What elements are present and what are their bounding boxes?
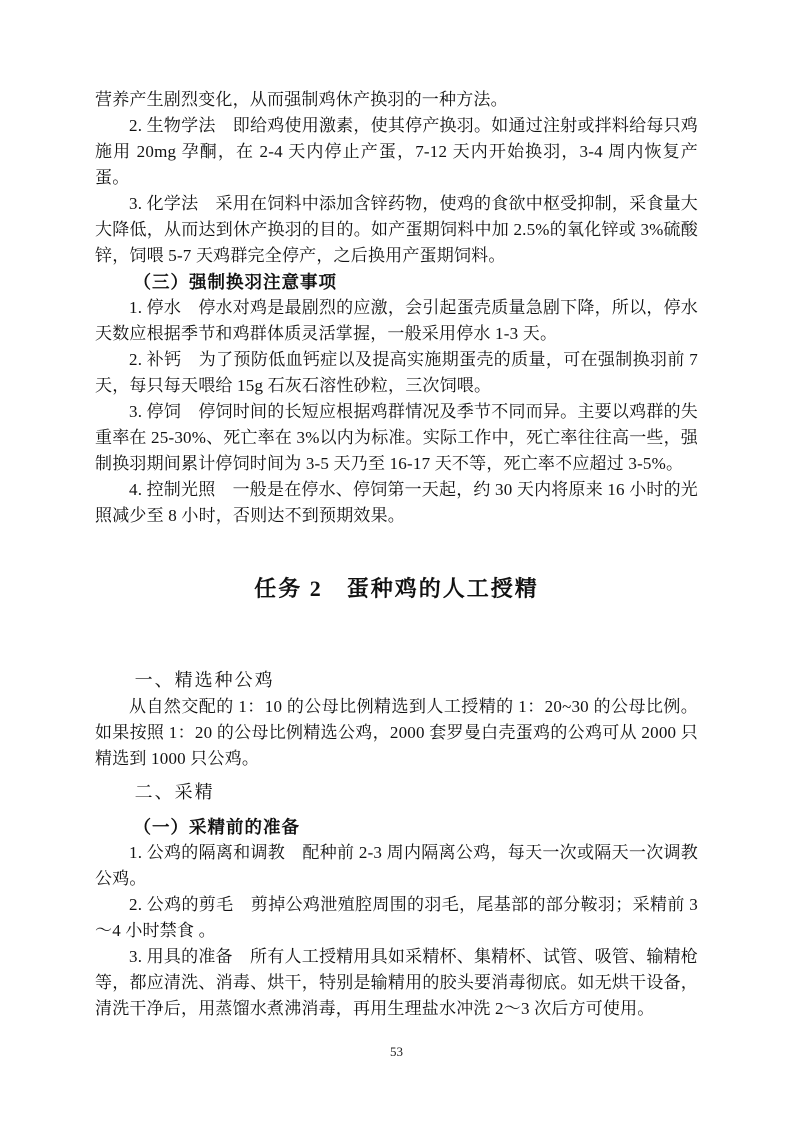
paragraph-note-light: 4. 控制光照 一般是在停水、停饲第一天起，约 30 天内将原来 16 小时的光… <box>95 477 698 529</box>
page-number: 53 <box>0 1045 793 1059</box>
paragraph-prep-trimming: 2. 公鸡的剪毛 剪掉公鸡泄殖腔周围的羽毛，尾基部的部分鞍羽；采精前 3～4 小… <box>95 892 698 944</box>
paragraph-molting-continuation: 营养产生剧烈变化，从而强制鸡休产换羽的一种方法。 <box>95 87 698 113</box>
paragraph-method-chemistry: 3. 化学法 采用在饲料中添加含锌药物，使鸡的食欲中枢受抑制，采食量大大降低，从… <box>95 191 698 269</box>
heading-semen-collection: 二、采精 <box>95 778 698 806</box>
paragraph-select-rooster: 从自然交配的 1：10 的公母比例精选到人工授精的 1：20~30 的公母比例。… <box>95 694 698 772</box>
heading-collection-prep: （一）采精前的准备 <box>95 814 698 840</box>
paragraph-prep-tools: 3. 用具的准备 所有人工授精用具如采精杯、集精杯、试管、吸管、输精枪等，都应清… <box>95 944 698 1022</box>
page-content: 营养产生剧烈变化，从而强制鸡休产换羽的一种方法。 2. 生物学法 即给鸡使用激素… <box>0 0 793 1022</box>
paragraph-prep-isolation: 1. 公鸡的隔离和调教 配种前 2-3 周内隔离公鸡，每天一次或隔天一次调教公鸡… <box>95 840 698 892</box>
heading-select-rooster: 一、精选种公鸡 <box>95 666 698 694</box>
task2-title: 任务 2 蛋种鸡的人工授精 <box>95 574 698 604</box>
document-page: 营养产生剧烈变化，从而强制鸡休产换羽的一种方法。 2. 生物学法 即给鸡使用激素… <box>0 0 793 1122</box>
paragraph-note-calcium: 2. 补钙 为了预防低血钙症以及提高实施期蛋壳的质量，可在强制换羽前 7 天，每… <box>95 347 698 399</box>
paragraph-note-water: 1. 停水 停水对鸡是最剧烈的应激，会引起蛋壳质量急剧下降，所以，停水天数应根据… <box>95 295 698 347</box>
heading-molting-notes: （三）强制换羽注意事项 <box>95 269 698 295</box>
paragraph-note-feed-stop: 3. 停饲 停饲时间的长短应根据鸡群情况及季节不同而异。主要以鸡群的失重率在 2… <box>95 399 698 477</box>
paragraph-method-biology: 2. 生物学法 即给鸡使用激素，使其停产换羽。如通过注射或拌料给每只鸡施用 20… <box>95 113 698 191</box>
